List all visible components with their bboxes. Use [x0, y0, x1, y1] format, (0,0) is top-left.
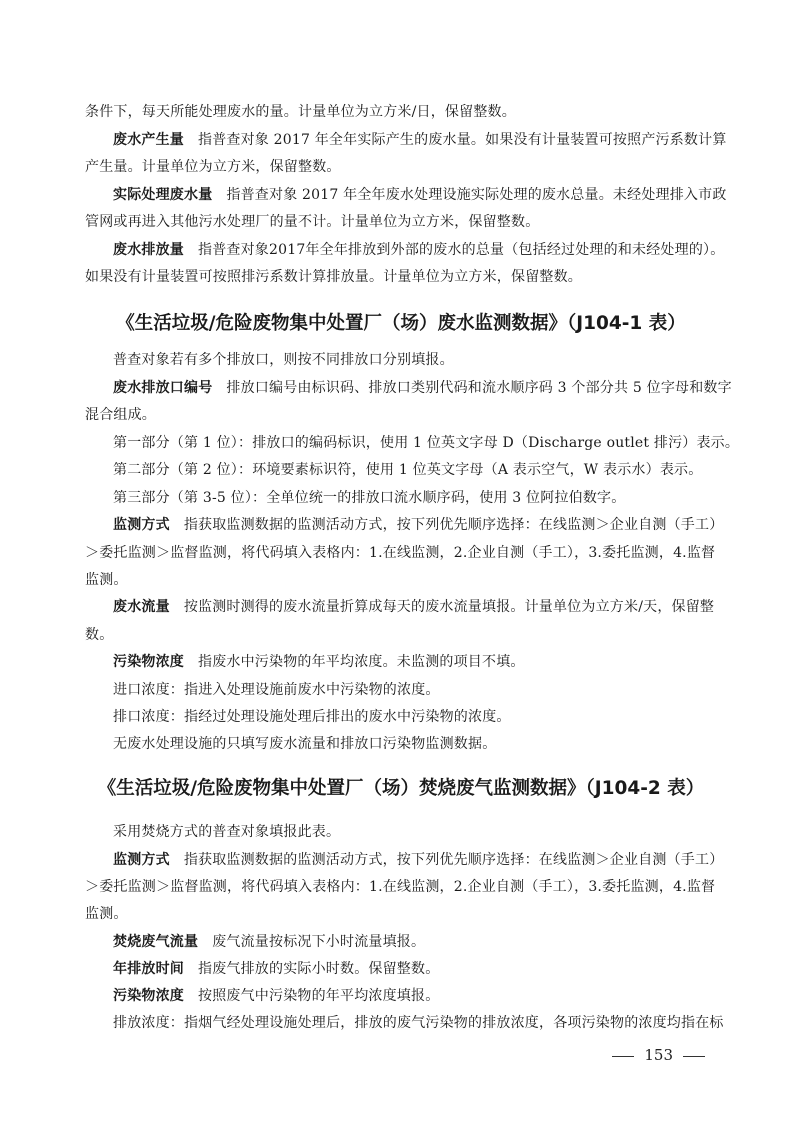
text-line: 如果没有计量装置可按照排污系数计算排放量。计量单位为立方米，保留整数。 — [85, 267, 582, 287]
text-line: 监测方式指获取监测数据的监测活动方式，按下列优先顺序选择：在线监测＞企业自测（手… — [113, 515, 723, 535]
line-text: 无废水处理设施的只填写废水流量和排放口污染物监测数据。 — [113, 736, 496, 752]
line-text: 如果没有计量装置可按照排污系数计算排放量。计量单位为立方米，保留整数。 — [85, 269, 582, 285]
text-line: 产生量。计量单位为立方米，保留整数。 — [85, 157, 341, 177]
line-text: ＞委托监测＞监督监测，将代码填入表格内：1.在线监测，2.企业自测（手工），3.… — [85, 545, 715, 561]
text-line: 无废水处理设施的只填写废水流量和排放口污染物监测数据。 — [113, 734, 496, 754]
text-line: 监测方式指获取监测数据的监测活动方式，按下列优先顺序选择：在线监测＞企业自测（手… — [113, 850, 723, 870]
text-line: ＞委托监测＞监督监测，将代码填入表格内：1.在线监测，2.企业自测（手工），3.… — [85, 543, 715, 563]
term-label: 监测方式 — [113, 852, 170, 868]
term-label: 年排放时间 — [113, 961, 184, 977]
line-text: 第二部分（第 2 位）：环境要素标识符，使用 1 位英文字母（A 表示空气，W … — [113, 462, 702, 478]
term-label: 监测方式 — [113, 517, 170, 533]
text-line: 排放浓度：指烟气经处理设施处理后，排放的废气污染物的排放浓度，各项污染物的浓度均… — [113, 1013, 724, 1033]
term-label: 废水流量 — [113, 599, 170, 615]
line-text: 指获取监测数据的监测活动方式，按下列优先顺序选择：在线监测＞企业自测（手工） — [184, 852, 724, 868]
text-line: 混合组成。 — [85, 405, 156, 425]
line-text: 监测。 — [85, 572, 128, 588]
text-line: 监测。 — [85, 570, 128, 590]
line-text: 废气流量按标况下小时流量填报。 — [212, 934, 425, 950]
line-text: 排放浓度：指烟气经处理设施处理后，排放的废气污染物的排放浓度，各项污染物的浓度均… — [113, 1015, 724, 1031]
text-line: 采用焚烧方式的普查对象填报此表。 — [113, 822, 340, 842]
text-line: 实际处理废水量指普查对象 2017 年全年废水处理设施实际处理的废水总量。未经处… — [113, 185, 727, 205]
term-label: 污染物浓度 — [113, 654, 184, 670]
text-line: ＞委托监测＞监督监测，将代码填入表格内：1.在线监测，2.企业自测（手工），3.… — [85, 877, 715, 897]
text-line: 废水排放口编号排放口编号由标识码、排放口类别代码和流水顺序码 3 个部分共 5 … — [113, 378, 732, 398]
page-number: 153 — [602, 1046, 715, 1064]
line-text: 指普查对象 2017 年全年废水处理设施实际处理的废水总量。未经处理排入市政 — [226, 187, 726, 203]
text-line: 第三部分（第 3-5 位）：全单位统一的排放口流水顺序码，使用 3 位阿拉伯数字… — [113, 488, 625, 508]
term-label: 污染物浓度 — [113, 988, 184, 1004]
text-line: 管网或再进入其他污水处理厂的量不计。计量单位为立方米，保留整数。 — [85, 212, 539, 232]
text-line: 进口浓度：指进入处理设施前废水中污染物的浓度。 — [113, 680, 440, 700]
line-text: ＞委托监测＞监督监测，将代码填入表格内：1.在线监测，2.企业自测（手工），3.… — [85, 879, 715, 895]
text-line: 条件下，每天所能处理废水的量。计量单位为立方米/日，保留整数。 — [85, 102, 516, 122]
line-text: 排放口编号由标识码、排放口类别代码和流水顺序码 3 个部分共 5 位字母和数字 — [226, 380, 731, 396]
text-line: 数。 — [85, 625, 113, 645]
line-text: 指普查对象 2017 年全年实际产生的废水量。如果没有计量装置可按照产污系数计算 — [198, 132, 727, 148]
line-text: 混合组成。 — [85, 407, 156, 423]
line-text: 管网或再进入其他污水处理厂的量不计。计量单位为立方米，保留整数。 — [85, 214, 539, 230]
line-text: 产生量。计量单位为立方米，保留整数。 — [85, 159, 341, 175]
term-label: 废水排放量 — [113, 242, 184, 258]
page-number-value: 153 — [644, 1046, 673, 1064]
text-line: 废水排放量指普查对象2017年全年排放到外部的废水的总量（包括经过处理的和未经处… — [113, 240, 724, 260]
text-line: 废水产生量指普查对象 2017 年全年实际产生的废水量。如果没有计量装置可按照产… — [113, 130, 727, 150]
text-line: 污染物浓度按照废气中污染物的年平均浓度填报。 — [113, 986, 439, 1006]
term-label: 实际处理废水量 — [113, 187, 212, 203]
term-label: 焚烧废气流量 — [113, 934, 198, 950]
line-text: 指废水中污染物的年平均浓度。未监测的项目不填。 — [198, 654, 525, 670]
line-text: 进口浓度：指进入处理设施前废水中污染物的浓度。 — [113, 682, 440, 698]
line-text: 指获取监测数据的监测活动方式，按下列优先顺序选择：在线监测＞企业自测（手工） — [184, 517, 724, 533]
line-text: 监测。 — [85, 906, 128, 922]
section-heading-j104-2: 《生活垃圾/危险废物集中处置厂（场）焚烧废气监测数据》（J104-2 表） — [85, 776, 717, 802]
term-label: 废水产生量 — [113, 132, 184, 148]
line-text: 条件下，每天所能处理废水的量。计量单位为立方米/日，保留整数。 — [85, 104, 516, 120]
line-text: 数。 — [85, 627, 113, 643]
dash-left — [612, 1056, 634, 1057]
text-line: 监测。 — [85, 904, 128, 924]
text-line: 焚烧废气流量废气流量按标况下小时流量填报。 — [113, 932, 425, 952]
text-line: 年排放时间指废气排放的实际小时数。保留整数。 — [113, 959, 439, 979]
text-line: 第一部分（第 1 位）：排放口的编码标识，使用 1 位英文字母 D（Discha… — [113, 433, 739, 453]
line-text: 普查对象若有多个排放口，则按不同排放口分别填报。 — [113, 352, 454, 368]
text-line: 排口浓度：指经过处理设施处理后排出的废水中污染物的浓度。 — [113, 707, 511, 727]
text-line: 污染物浓度指废水中污染物的年平均浓度。未监测的项目不填。 — [113, 652, 525, 672]
text-line: 第二部分（第 2 位）：环境要素标识符，使用 1 位英文字母（A 表示空气，W … — [113, 460, 702, 480]
term-label: 废水排放口编号 — [113, 380, 212, 396]
line-text: 按监测时测得的废水流量折算成每天的废水流量填报。计量单位为立方米/天，保留整 — [184, 599, 714, 615]
section-heading-j104-1: 《生活垃圾/危险废物集中处置厂（场）废水监测数据》（J104-1 表） — [85, 311, 717, 337]
line-text: 排口浓度：指经过处理设施处理后排出的废水中污染物的浓度。 — [113, 709, 511, 725]
line-text: 第三部分（第 3-5 位）：全单位统一的排放口流水顺序码，使用 3 位阿拉伯数字… — [113, 490, 625, 506]
line-text: 采用焚烧方式的普查对象填报此表。 — [113, 824, 340, 840]
line-text: 指废气排放的实际小时数。保留整数。 — [198, 961, 439, 977]
line-text: 指普查对象2017年全年排放到外部的废水的总量（包括经过处理的和未经处理的）。 — [198, 242, 724, 258]
text-line: 废水流量按监测时测得的废水流量折算成每天的废水流量填报。计量单位为立方米/天，保… — [113, 597, 714, 617]
dash-right — [683, 1056, 705, 1057]
text-line: 普查对象若有多个排放口，则按不同排放口分别填报。 — [113, 350, 454, 370]
line-text: 按照废气中污染物的年平均浓度填报。 — [198, 988, 439, 1004]
line-text: 第一部分（第 1 位）：排放口的编码标识，使用 1 位英文字母 D（Discha… — [113, 435, 739, 451]
